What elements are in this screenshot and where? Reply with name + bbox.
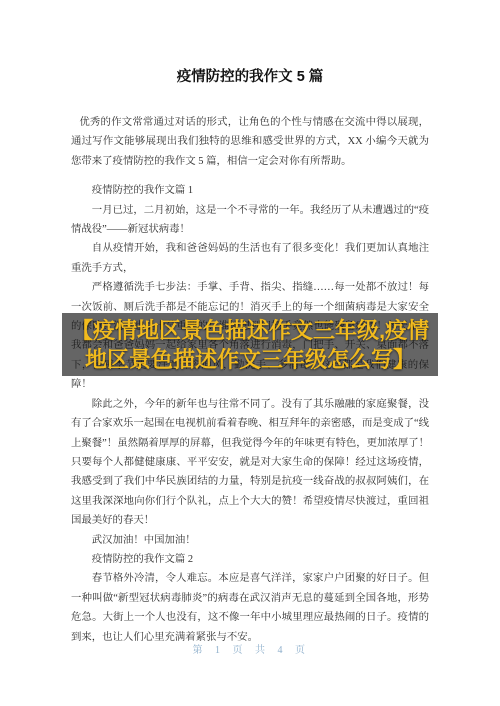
paragraph: 春节格外冷清，令人难忘。本应是喜气洋洋，家家户户团聚的好日子。但一种叫做“新型冠… [71, 569, 429, 647]
intro-paragraph: 优秀的作文常常通过对话的形式，让角色的个性与情感在交流中得以展现，通过写作文能够… [71, 113, 429, 171]
ad-overlay-text-line-2: 地区景色描述作文三年级怎么写】 [85, 345, 415, 374]
paragraph: 武汉加油！中国加油！ [71, 531, 429, 550]
paragraph: 一月已过，二月初始，这是一个不寻常的一年。我经历了从未遭遇过的“疫情战役”——新… [71, 201, 429, 240]
paragraph: 自从疫情开始，我和爸爸妈妈的生活也有了很多变化！我们更加认真地注重洗手方式， [71, 239, 429, 278]
paragraph: 除此之外，今年的新年也与往常不同了。没有了其乐融融的家庭聚餐，没有了合家欢乐一起… [71, 395, 429, 531]
section-heading-2: 疫情防控的我作文篇 2 [71, 550, 429, 569]
page-number-footer: 第 1 页 共 4 页 [0, 641, 500, 656]
document-page: 疫情防控的我作文 5 篇 优秀的作文常常通过对话的形式，让角色的个性与情感在交流… [0, 0, 500, 706]
ad-overlay-text-line-1: 【疫情地区景色描述作文三年级,疫情 [71, 316, 429, 345]
document-title: 疫情防控的我作文 5 篇 [71, 67, 429, 87]
ad-overlay-banner[interactable]: 【疫情地区景色描述作文三年级,疫情 地区景色描述作文三年级怎么写】 [62, 313, 438, 376]
section-heading-1: 疫情防控的我作文篇 1 [71, 181, 429, 200]
